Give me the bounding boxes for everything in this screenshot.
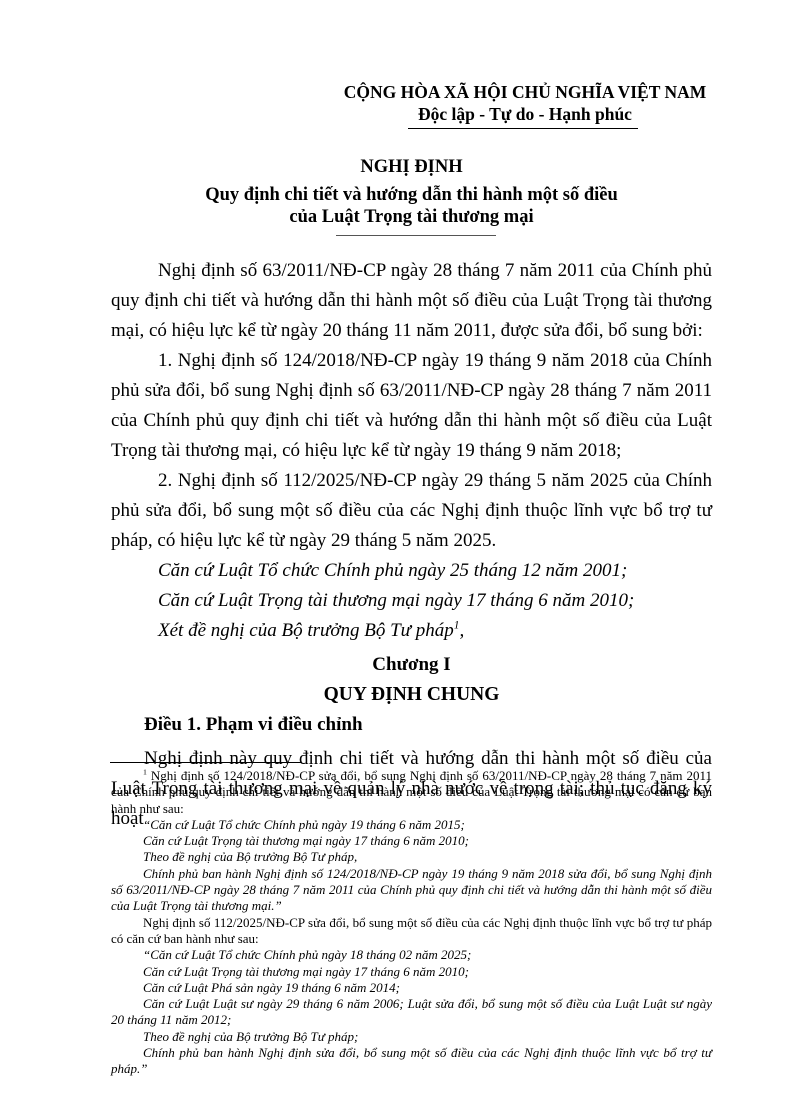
motto-underline — [408, 128, 638, 129]
document-body: Nghị định số 63/2011/NĐ-CP ngày 28 tháng… — [111, 256, 712, 834]
proposal-suffix: , — [459, 620, 464, 641]
preamble-intro: Nghị định số 63/2011/NĐ-CP ngày 28 tháng… — [111, 256, 712, 346]
footnote-quote: Theo đề nghị của Bộ trưởng Bộ Tư pháp; — [111, 1029, 712, 1045]
footnote-quote: “Căn cứ Luật Tổ chức Chính phủ ngày 18 t… — [111, 947, 712, 963]
footnote-marker: 1 — [143, 768, 147, 777]
national-title: CỘNG HÒA XÃ HỘI CHỦ NGHĨA VIỆT NAM — [330, 82, 720, 103]
footnote-quote: Căn cứ Luật Trọng tài thương mại ngày 17… — [111, 833, 712, 849]
amendment-item: 1. Nghị định số 124/2018/NĐ-CP ngày 19 t… — [111, 346, 712, 466]
amendment-item: 2. Nghị định số 112/2025/NĐ-CP ngày 29 t… — [111, 466, 712, 556]
footnote-quote: Chính phủ ban hành Nghị định sửa đổi, bổ… — [111, 1045, 712, 1078]
footnote-quote: Căn cứ Luật Phá sản ngày 19 tháng 6 năm … — [111, 980, 712, 996]
footnote-separator — [110, 762, 302, 763]
article-heading: Điều 1. Phạm vi điều chỉnh — [111, 710, 712, 740]
footnote-quote: “Căn cứ Luật Tổ chức Chính phủ ngày 19 t… — [111, 817, 712, 833]
footnote-quote: Căn cứ Luật Luật sư ngày 29 tháng 6 năm … — [111, 996, 712, 1029]
legal-basis: Căn cứ Luật Trọng tài thương mại ngày 17… — [111, 586, 712, 616]
footnote: 1 Nghị định số 124/2018/NĐ-CP sửa đổi, b… — [111, 768, 712, 1078]
footnote-quote: Chính phủ ban hành Nghị định số 124/2018… — [111, 866, 712, 915]
footnote-quote: Căn cứ Luật Trọng tài thương mại ngày 17… — [111, 964, 712, 980]
proposal-line: Xét đề nghị của Bộ trưởng Bộ Tư pháp1, — [111, 616, 712, 646]
footnote-paragraph: Nghị định số 112/2025/NĐ-CP sửa đổi, bổ … — [111, 915, 712, 948]
chapter-number: Chương I — [111, 650, 712, 680]
document-title-line-2: của Luật Trọng tài thương mại — [111, 207, 712, 228]
document-title-line-1: Quy định chi tiết và hướng dẫn thi hành … — [111, 185, 712, 206]
legal-basis: Căn cứ Luật Tổ chức Chính phủ ngày 25 th… — [111, 556, 712, 586]
motto: Độc lập - Tự do - Hạnh phúc — [330, 104, 720, 125]
title-divider — [336, 235, 496, 236]
chapter-title: QUY ĐỊNH CHUNG — [111, 680, 712, 710]
footnote-paragraph: 1 Nghị định số 124/2018/NĐ-CP sửa đổi, b… — [111, 768, 712, 817]
document-type: NGHỊ ĐỊNH — [111, 157, 712, 178]
proposal-text: Xét đề nghị của Bộ trưởng Bộ Tư pháp — [158, 620, 454, 641]
footnote-quote: Theo đề nghị của Bộ trưởng Bộ Tư pháp, — [111, 849, 712, 865]
